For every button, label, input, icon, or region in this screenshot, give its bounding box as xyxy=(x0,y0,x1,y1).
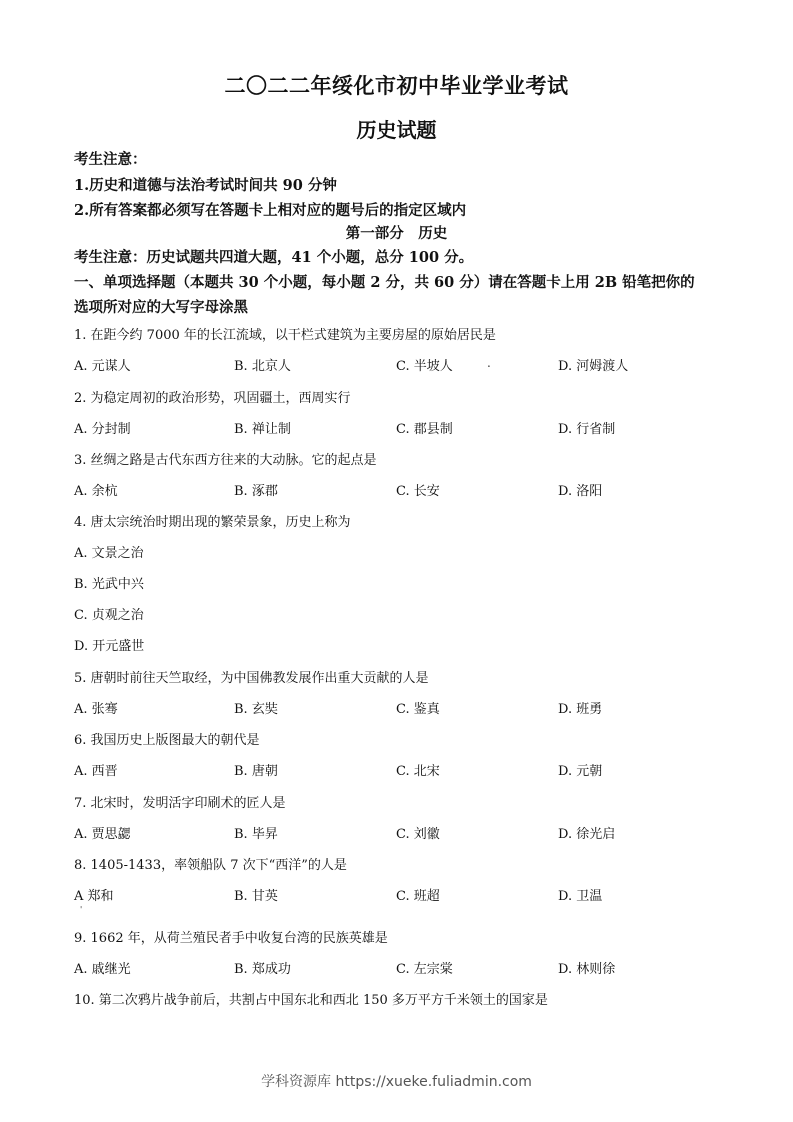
answer-option: D. 班勇 xyxy=(558,698,602,717)
answer-option: A 郑和 xyxy=(74,885,114,904)
answer-option: B. 禅让制 xyxy=(234,418,291,437)
stray-mark: . xyxy=(487,356,491,370)
answer-option: C. 刘徽 xyxy=(396,823,440,842)
answer-option: D. 林则徐 xyxy=(558,958,615,977)
answer-option: A. 贾思勰 xyxy=(74,823,131,842)
answer-option: A. 元谋人 xyxy=(74,355,131,374)
answer-option: A. 西晋 xyxy=(74,760,118,779)
section-instruction-line-1: 一、单项选择题（本题共 30 个小题，每小题 2 分，共 60 分）请在答题卡上… xyxy=(74,271,695,292)
question-stem: 8. 1405-1433，率领船队 7 次下“西洋”的人是 xyxy=(74,854,347,873)
question-stem: 3. 丝绸之路是古代东西方往来的大动脉。它的起点是 xyxy=(74,449,377,468)
answer-option: A. 分封制 xyxy=(74,418,131,437)
answer-option: C. 贞观之治 xyxy=(74,604,144,623)
notice-item-2: 2.所有答案都必须写在答题卡上相对应的题号后的指定区域内 xyxy=(74,199,466,220)
answer-option: C. 半坡人 xyxy=(396,355,453,374)
question-stem: 10. 第二次鸦片战争前后，共割占中国东北和西北 150 多万平方千米领土的国家… xyxy=(74,989,548,1008)
answer-option: B. 涿郡 xyxy=(234,480,278,499)
answer-option: B. 玄奘 xyxy=(234,698,278,717)
answer-option: D. 河姆渡人 xyxy=(558,355,628,374)
question-stem: 1. 在距今约 7000 年的长江流域，以干栏式建筑为主要房屋的原始居民是 xyxy=(74,324,496,343)
question-stem: 9. 1662 年，从荷兰殖民者手中收复台湾的民族英雄是 xyxy=(74,927,388,946)
answer-option: D. 行省制 xyxy=(558,418,615,437)
section-instruction-line-2: 选项所对应的大写字母涂黑 xyxy=(74,296,248,317)
answer-option: D. 洛阳 xyxy=(558,480,602,499)
question-stem: 4. 唐太宗统治时期出现的繁荣景象，历史上称为 xyxy=(74,511,351,530)
question-stem: 5. 唐朝时前往天竺取经，为中国佛教发展作出重大贡献的人是 xyxy=(74,667,429,686)
question-stem: 2. 为稳定周初的政治形势，巩固疆土，西周实行 xyxy=(74,387,351,406)
answer-option: C. 郡县制 xyxy=(396,418,453,437)
answer-option: B. 唐朝 xyxy=(234,760,278,779)
answer-option: B. 郑成功 xyxy=(234,958,291,977)
question-stem: 7. 北宋时，发明活字印刷术的匠人是 xyxy=(74,792,286,811)
answer-option: A. 余杭 xyxy=(74,480,118,499)
answer-option: C. 北宋 xyxy=(396,760,440,779)
part-notice: 考生注意：历史试题共四道大题，41 个小题，总分 100 分。 xyxy=(74,246,473,267)
exam-title: 二〇二二年绥化市初中毕业学业考试 xyxy=(0,70,793,100)
part-title: 第一部分 历史 xyxy=(0,222,793,243)
exam-subtitle: 历史试题 xyxy=(0,114,793,143)
notice-heading: 考生注意： xyxy=(74,148,147,169)
notice-item-1: 1.历史和道德与法治考试时间共 90 分钟 xyxy=(74,174,337,195)
exam-page: 二〇二二年绥化市初中毕业学业考试 历史试题 考生注意： 1.历史和道德与法治考试… xyxy=(0,0,793,1122)
answer-option: D. 元朝 xyxy=(558,760,602,779)
answer-option: B. 北京人 xyxy=(234,355,291,374)
answer-option: C. 班超 xyxy=(396,885,440,904)
answer-option: C. 左宗棠 xyxy=(396,958,453,977)
answer-option: A. 文景之治 xyxy=(74,542,144,561)
question-stem: 6. 我国历史上版图最大的朝代是 xyxy=(74,729,260,748)
answer-option: B. 毕昇 xyxy=(234,823,278,842)
answer-option: C. 长安 xyxy=(396,480,440,499)
answer-option: B. 甘英 xyxy=(234,885,278,904)
stray-mark: ' xyxy=(80,905,82,914)
answer-option: A. 张骞 xyxy=(74,698,118,717)
answer-option: D. 徐光启 xyxy=(558,823,615,842)
answer-option: D. 开元盛世 xyxy=(74,635,144,654)
answer-option: B. 光武中兴 xyxy=(74,573,144,592)
answer-option: C. 鉴真 xyxy=(396,698,440,717)
answer-option: D. 卫温 xyxy=(558,885,602,904)
watermark: 学科资源库 https://xueke.fuliadmin.com xyxy=(0,1071,793,1091)
answer-option: A. 戚继光 xyxy=(74,958,131,977)
